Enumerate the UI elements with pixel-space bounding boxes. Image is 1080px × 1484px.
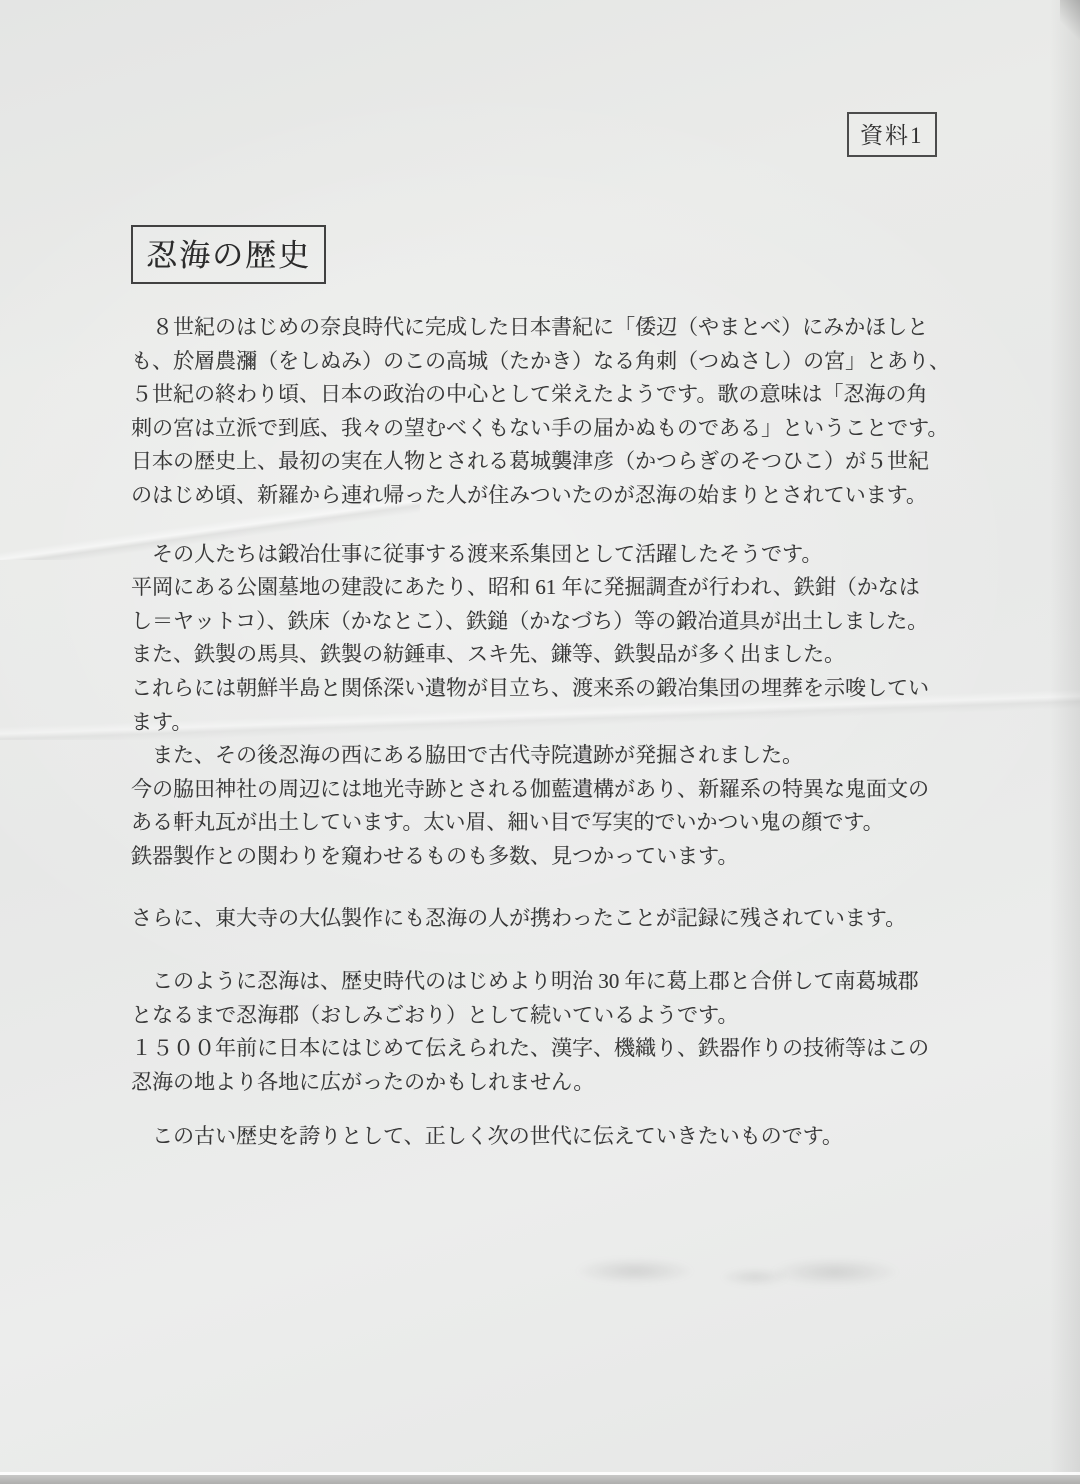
paragraph-closing: この古い歴史を誇りとして、正しく次の世代に伝えていきたいものです。 [131,1120,965,1154]
scan-edge-shadow [0,1475,1080,1484]
pencil-smudge [575,1258,695,1284]
pencil-smudge [770,1258,900,1286]
page-title: 忍海の歴史 [131,225,326,284]
paragraph-todaiji: さらに、東大寺の大仏製作にも忍海の人が携わったことが記録に残されています。 [131,902,965,936]
text-line: １５００年前に日本にはじめて伝えられた、漢字、機織り、鉄器作りの技術等はこの [131,1032,965,1066]
text-line: 刺の宮は立派で到底、我々の望むべくもない手の届かぬものである」ということです。 [131,412,965,446]
text-line: このように忍海は、歴史時代のはじめより明治 30 年に葛上郡と合併して南葛城郡 [131,965,965,999]
paragraph-district-history: このように忍海は、歴史時代のはじめより明治 30 年に葛上郡と合併して南葛城郡 … [131,965,965,1099]
text-line: ます。 [131,706,965,740]
text-line: のはじめ頃、新羅から連れ帰った人が住みついたのが忍海の始まりとされています。 [131,479,965,513]
text-line: も、於層農瀰（をしぬみ）のこの高城（たかき）なる角刺（つぬさし）の宮」とあり、 [131,345,965,379]
text-line: その人たちは鍛冶仕事に従事する渡来系集団として活躍したそうです。 [131,538,965,572]
text-line: ５世紀の終わり頃、日本の政治の中心として栄えたようです。歌の意味は「忍海の角 [131,378,965,412]
text-line: 鉄器製作との関わりを窺わせるものも多数、見つかっています。 [131,840,965,874]
scan-shading [1050,0,1080,1484]
scan-corner-artifact [1060,0,1080,40]
text-line: この古い歴史を誇りとして、正しく次の世代に伝えていきたいものです。 [131,1120,965,1154]
scanned-document-page: 資料1 忍海の歴史 ８世紀のはじめの奈良時代に完成した日本書紀に「倭辺（やまとべ… [0,0,1080,1484]
text-line: また、その後忍海の西にある脇田で古代寺院遺跡が発掘されました。 [131,739,965,773]
text-line: 平岡にある公園墓地の建設にあたり、昭和 61 年に発掘調査が行われ、鉄鉗（かなは [131,571,965,605]
text-line: 忍海の地より各地に広がったのかもしれません。 [131,1066,965,1100]
text-line: また、鉄製の馬具、鉄製の紡錘車、スキ先、鎌等、鉄製品が多く出ました。 [131,638,965,672]
pencil-smudge [720,1268,790,1286]
text-line: これらには朝鮮半島と関係深い遺物が目立ち、渡来系の鍛冶集団の埋葬を示唆してい [131,672,965,706]
text-line: 今の脇田神社の周辺には地光寺跡とされる伽藍遺構があり、新羅系の特異な鬼面文の [131,773,965,807]
document-tag-badge: 資料1 [847,112,937,157]
paragraph-excavation: その人たちは鍛冶仕事に従事する渡来系集団として活躍したそうです。 平岡にある公園… [131,538,965,740]
text-line: 日本の歴史上、最初の実在人物とされる葛城襲津彦（かつらぎのそつひこ）が５世紀 [131,445,965,479]
text-line: ある軒丸瓦が出土しています。太い眉、細い目で写実的でいかつい鬼の顔です。 [131,806,965,840]
paragraph-temple-ruins: また、その後忍海の西にある脇田で古代寺院遺跡が発掘されました。 今の脇田神社の周… [131,739,965,873]
text-line: し＝ヤットコ）、鉄床（かなとこ）、鉄鎚（かなづち）等の鍛冶道具が出土しました。 [131,605,965,639]
paragraph-history-intro: ８世紀のはじめの奈良時代に完成した日本書紀に「倭辺（やまとべ）にみかほしと も、… [131,311,965,513]
document-body: ８世紀のはじめの奈良時代に完成した日本書紀に「倭辺（やまとべ）にみかほしと も、… [131,311,965,1154]
text-line: となるまで忍海郡（おしみごおり）として続いているようです。 [131,999,965,1033]
text-line: さらに、東大寺の大仏製作にも忍海の人が携わったことが記録に残されています。 [131,902,965,936]
text-line: ８世紀のはじめの奈良時代に完成した日本書紀に「倭辺（やまとべ）にみかほしと [131,311,965,345]
